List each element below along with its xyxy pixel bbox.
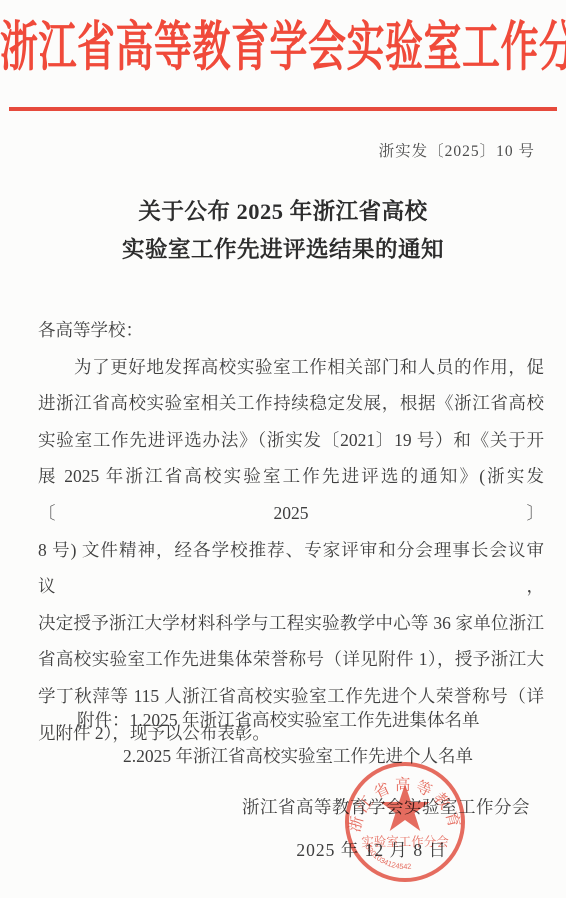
attachment-item-1: 1.2025 年浙江省高校实验室工作先进集体名单 bbox=[130, 710, 480, 730]
body-line: 实验室工作先进评选办法》（浙实发〔2021〕19 号）和《关于开 bbox=[38, 422, 544, 459]
masthead-org-name: 浙江省高等教育学会实验室工作分会 bbox=[0, 3, 566, 93]
attachments-label: 附件： bbox=[77, 710, 130, 730]
body-line: 省高校实验室工作先进集体荣誉称号（详见附件 1），授予浙江大 bbox=[38, 641, 544, 678]
doc-number: 浙实发〔2025〕10 号 bbox=[0, 139, 535, 161]
seal-inner-text: 实验室工作分会 bbox=[361, 834, 449, 849]
red-divider-line bbox=[9, 107, 557, 111]
salutation: 各高等学校： bbox=[38, 312, 544, 349]
document-title: 关于公布 2025 年浙江省高校 实验室工作先进评选结果的通知 bbox=[0, 193, 566, 269]
document-title-line-1: 关于公布 2025 年浙江省高校 bbox=[0, 193, 566, 231]
body-text: 各高等学校： 为了更好地发挥高校实验室工作相关部门和人员的作用，促 进浙江省高校… bbox=[38, 312, 544, 751]
body-line: 8 号) 文件精神，经各学校推荐、专家评审和分会理事长会议审议， bbox=[38, 532, 544, 605]
body-line: 决定授予浙江大学材料科学与工程实验教学中心等 36 家单位浙江 bbox=[38, 605, 544, 642]
body-line: 为了更好地发挥高校实验室工作相关部门和人员的作用，促 bbox=[38, 349, 544, 386]
attachment-item: 附件：1.2025 年浙江省高校实验室工作先进集体名单 bbox=[77, 703, 536, 739]
document-title-line-2: 实验室工作先进评选结果的通知 bbox=[0, 231, 566, 269]
official-seal: 浙江省高等教育学会 实验室工作分会 3301034124542 bbox=[330, 747, 480, 897]
body-line: 进浙江省高校实验室相关工作持续稳定发展，根据《浙江省高校 bbox=[38, 385, 544, 422]
body-line: 展 2025 年浙江省高校实验室工作先进评选的通知》(浙实发〔2025〕 bbox=[38, 458, 544, 531]
document-page: 浙江省高等教育学会实验室工作分会 浙实发〔2025〕10 号 关于公布 2025… bbox=[0, 0, 566, 898]
